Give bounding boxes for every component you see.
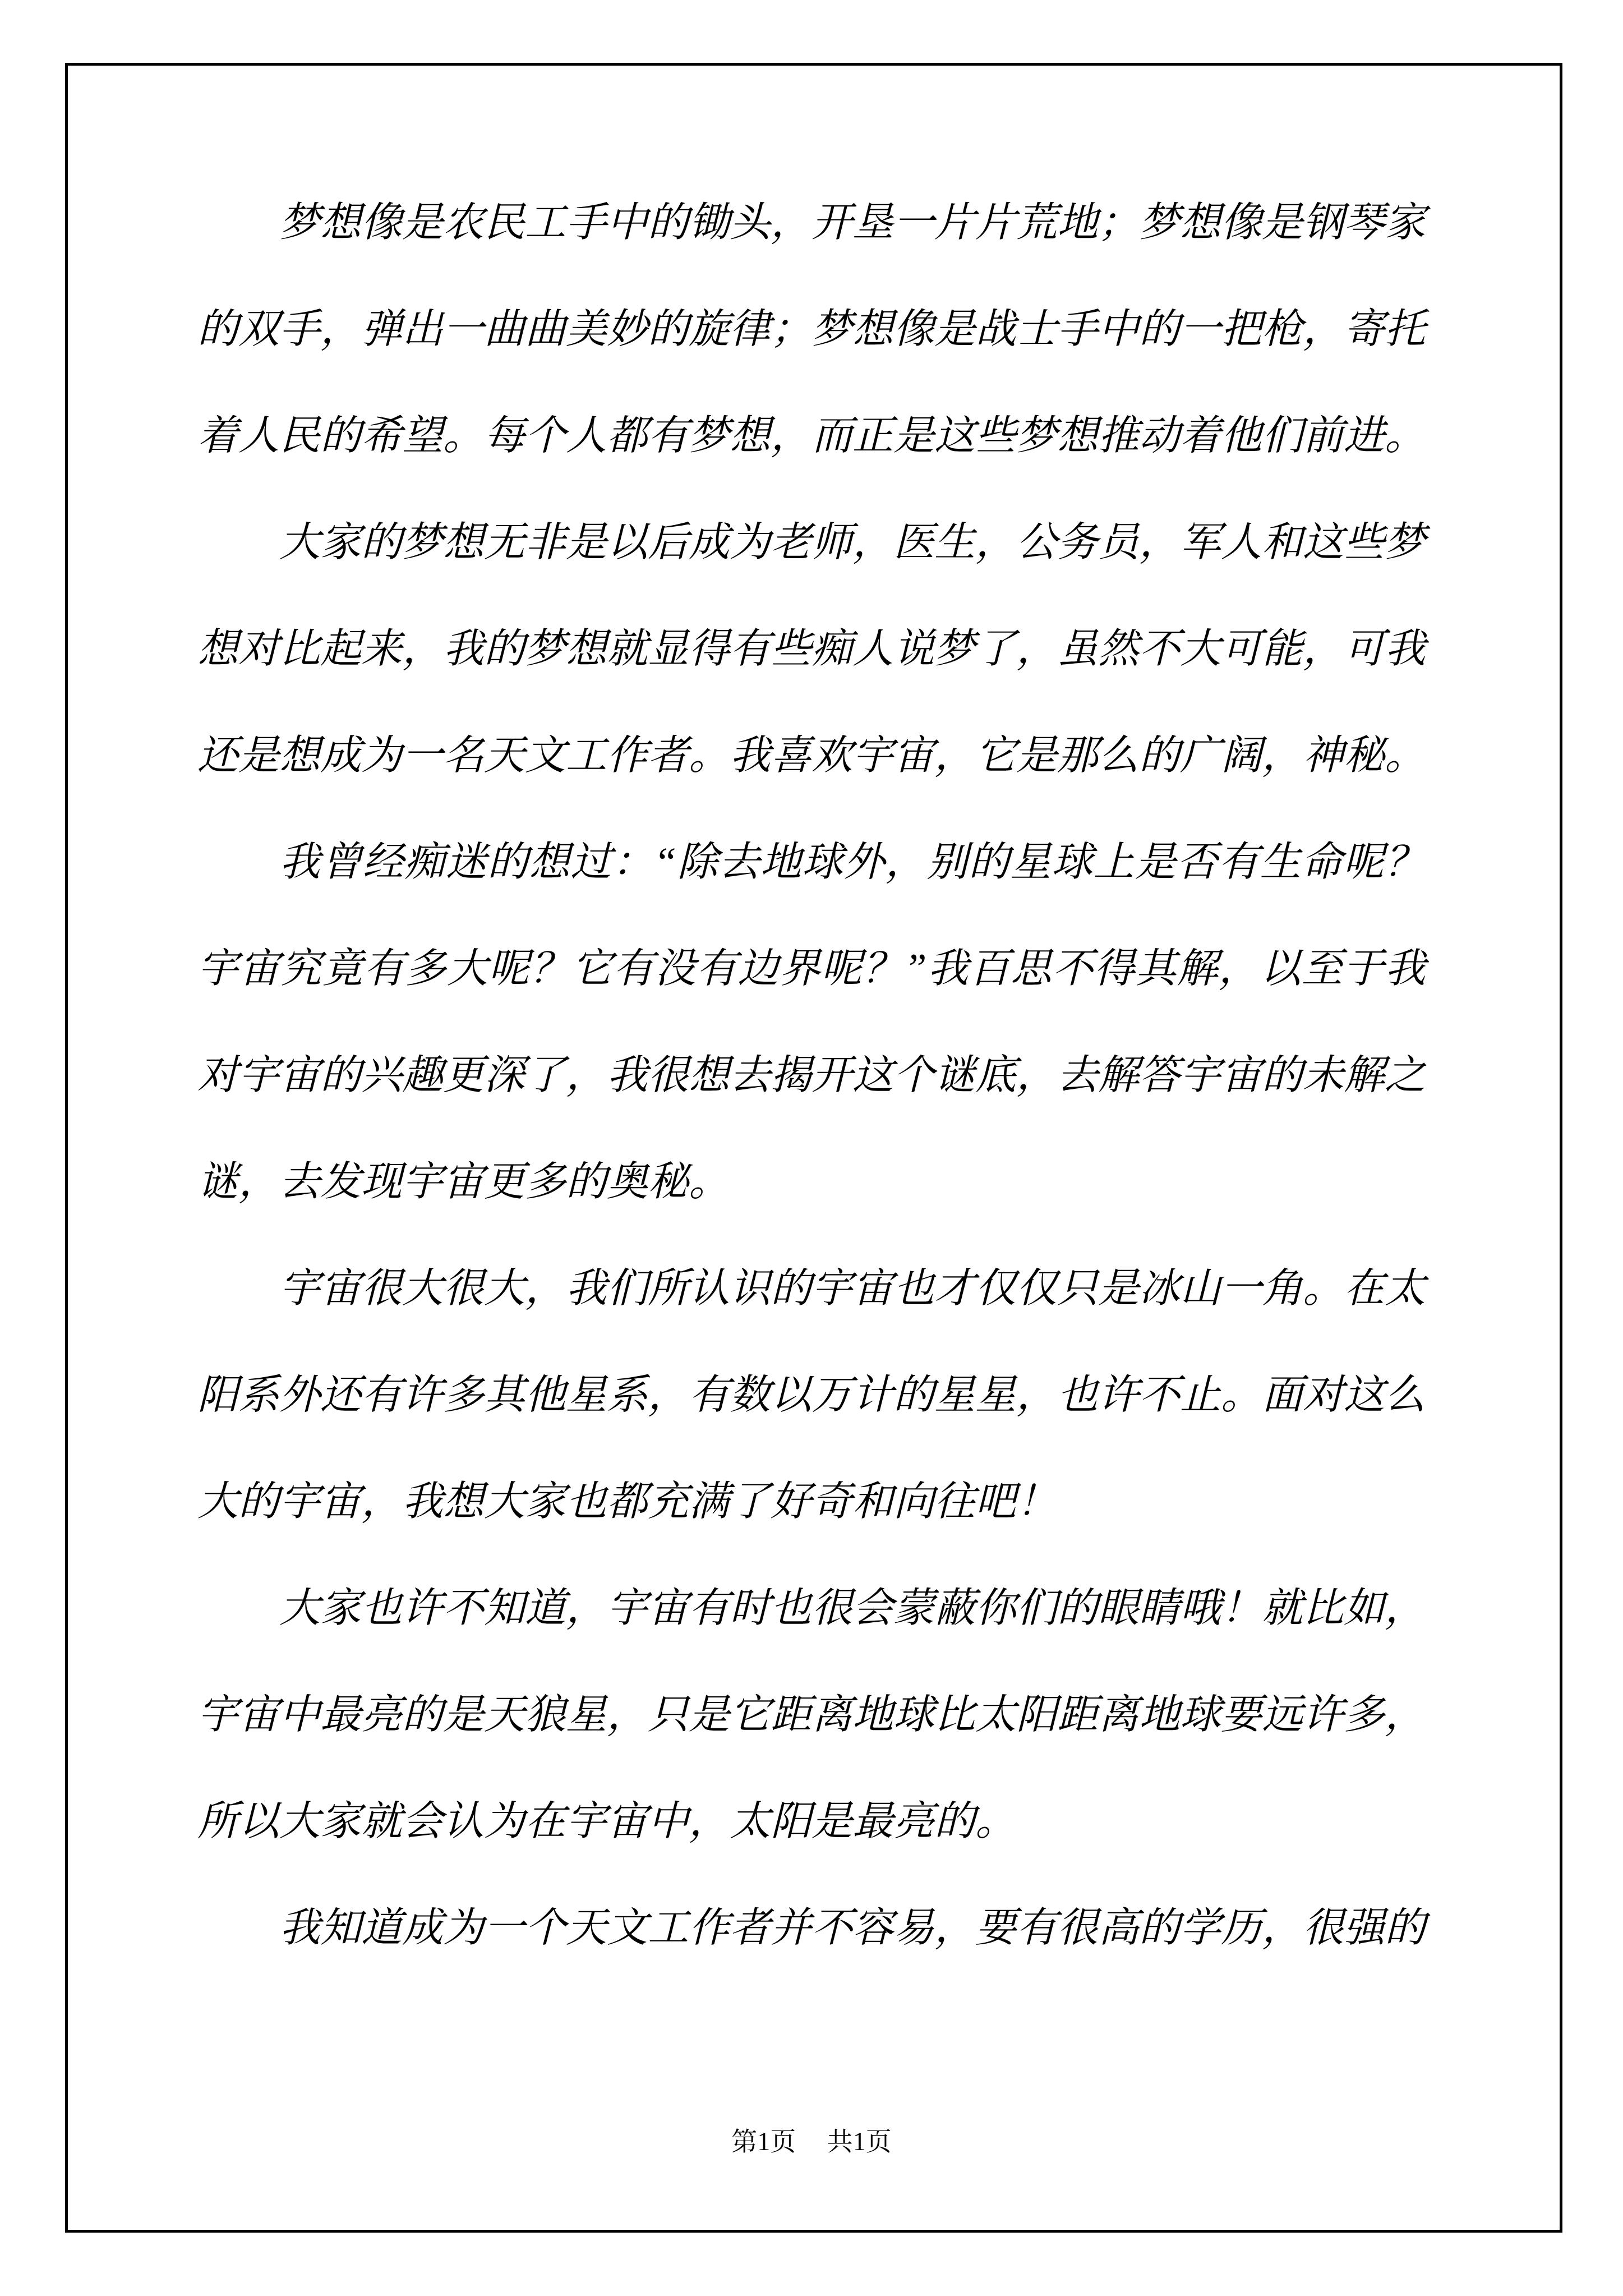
- paragraph: 大家的梦想无非是以后成为老师，医生，公务员，军人和这些梦想对比起来，我的梦想就显…: [197, 489, 1426, 809]
- text-line: 着人民的希望。每个人都有梦想，而正是这些梦想推动着他们前进。: [197, 383, 1426, 489]
- page-footer: 第1页 共1页: [0, 2125, 1623, 2159]
- paragraph: 宇宙很大很大，我们所认识的宇宙也才仅仅只是冰山一角。在太阳系外还有许多其他星系，…: [197, 1235, 1426, 1555]
- text-line: 阳系外还有许多其他星系，有数以万计的星星，也许不止。面对这么: [197, 1342, 1426, 1448]
- text-line: 大家的梦想无非是以后成为老师，医生，公务员，军人和这些梦: [197, 489, 1426, 596]
- paragraph: 我知道成为一个天文工作者并不容易，要有很高的学历，很强的: [197, 1875, 1426, 1981]
- document-page: 梦想像是农民工手中的锄头，开垦一片片荒地；梦想像是钢琴家的双手，弹出一曲曲美妙的…: [0, 0, 1623, 2296]
- page-number-label: 第1页: [731, 2125, 796, 2159]
- text-line: 宇宙中最亮的是天狼星，只是它距离地球比太阳距离地球要远许多，: [197, 1662, 1426, 1768]
- text-line: 宇宙究竟有多大呢？它有没有边界呢？”我百思不得其解，以至于我: [197, 915, 1426, 1022]
- text-line: 大家也许不知道，宇宙有时也很会蒙蔽你们的眼睛哦！就比如，: [197, 1555, 1426, 1662]
- text-line: 宇宙很大很大，我们所认识的宇宙也才仅仅只是冰山一角。在太: [197, 1235, 1426, 1342]
- text-line: 所以大家就会认为在宇宙中，太阳是最亮的。: [197, 1768, 1426, 1875]
- paragraph: 梦想像是农民工手中的锄头，开垦一片片荒地；梦想像是钢琴家的双手，弹出一曲曲美妙的…: [197, 169, 1426, 489]
- text-line: 谜，去发现宇宙更多的奥秘。: [197, 1129, 1426, 1235]
- document-body: 梦想像是农民工手中的锄头，开垦一片片荒地；梦想像是钢琴家的双手，弹出一曲曲美妙的…: [197, 169, 1426, 1981]
- text-line: 大的宇宙，我想大家也都充满了好奇和向往吧！: [197, 1448, 1426, 1555]
- text-line: 梦想像是农民工手中的锄头，开垦一片片荒地；梦想像是钢琴家: [197, 169, 1426, 276]
- text-line: 对宇宙的兴趣更深了，我很想去揭开这个谜底，去解答宇宙的未解之: [197, 1022, 1426, 1129]
- text-line: 我知道成为一个天文工作者并不容易，要有很高的学历，很强的: [197, 1875, 1426, 1981]
- text-line: 我曾经痴迷的想过：“除去地球外，别的星球上是否有生命呢？: [197, 809, 1426, 915]
- text-line: 的双手，弹出一曲曲美妙的旋律；梦想像是战士手中的一把枪，寄托: [197, 276, 1426, 383]
- paragraph: 大家也许不知道，宇宙有时也很会蒙蔽你们的眼睛哦！就比如，宇宙中最亮的是天狼星，只…: [197, 1555, 1426, 1875]
- text-line: 想对比起来，我的梦想就显得有些痴人说梦了，虽然不大可能，可我: [197, 596, 1426, 702]
- page-total-label: 共1页: [827, 2125, 892, 2159]
- text-line: 还是想成为一名天文工作者。我喜欢宇宙，它是那么的广阔，神秘。: [197, 702, 1426, 809]
- paragraph: 我曾经痴迷的想过：“除去地球外，别的星球上是否有生命呢？宇宙究竟有多大呢？它有没…: [197, 809, 1426, 1235]
